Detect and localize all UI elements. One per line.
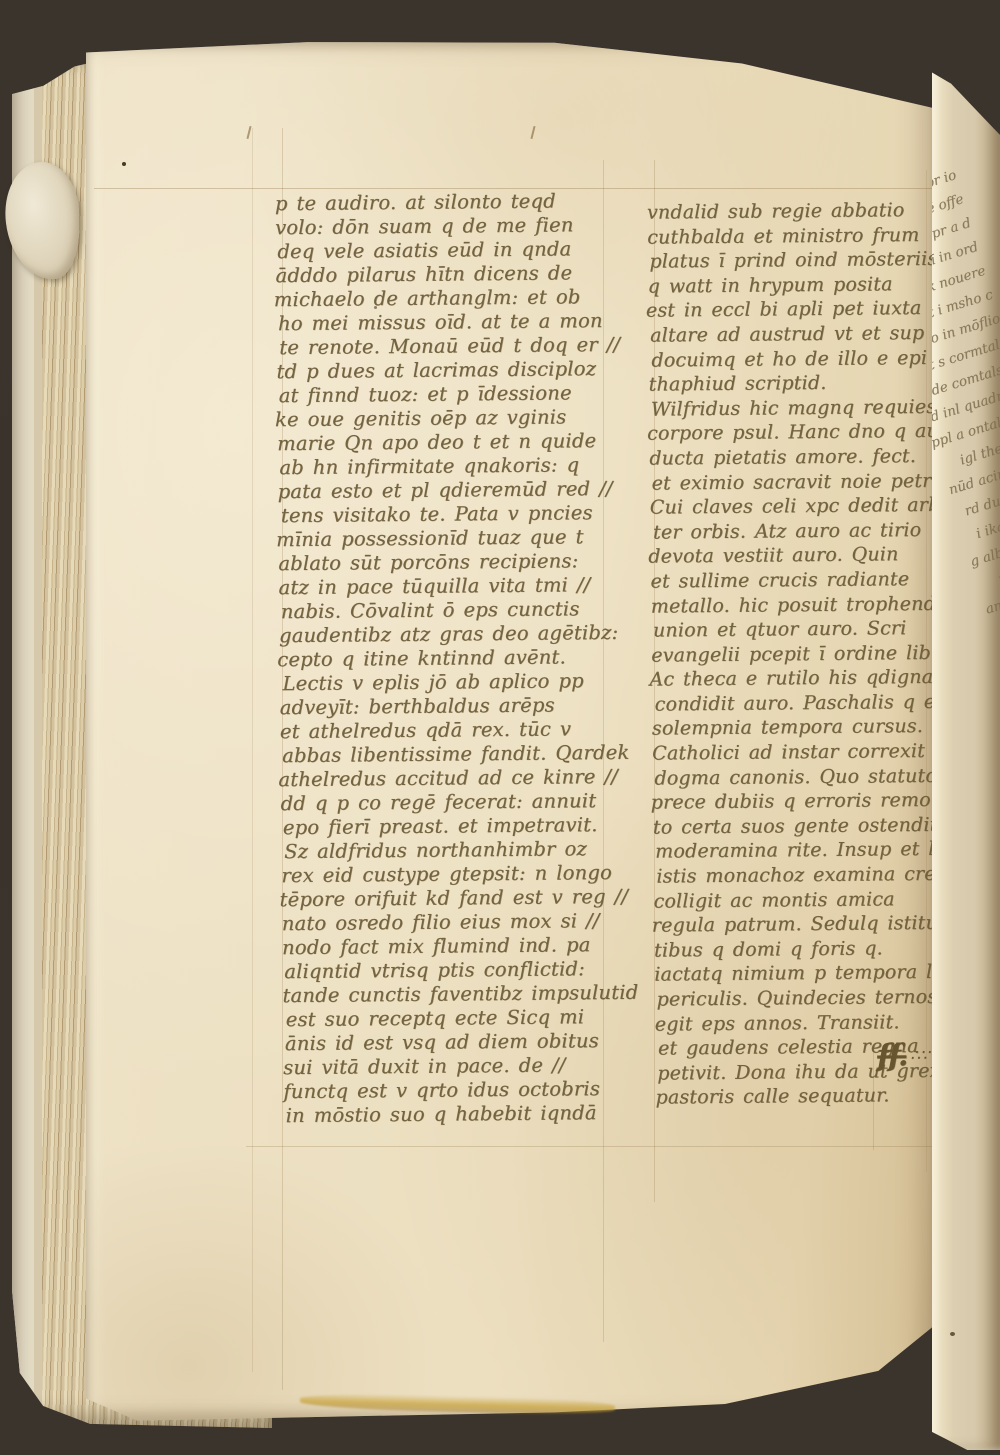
manuscript-line: iactatq nimium p tempora longa xyxy=(654,960,942,987)
manuscript-line: athelredus accitud ad ce kinre // xyxy=(278,765,646,793)
manuscript-line: epo fierī preast. et impetravit. xyxy=(283,813,651,841)
manuscript-line: mīnia possessionīd tuaz que t xyxy=(276,525,644,553)
photo-backdrop: p te audiro. at silonto teqdvolo: dōn su… xyxy=(0,0,1000,1455)
quire-mark: ff. ∴∵ xyxy=(877,1038,930,1074)
manuscript-line: dogma canonis. Quo statuto xyxy=(654,764,942,791)
manuscript-line: adveyīt: berthbaldus arēps xyxy=(280,693,648,721)
manuscript-line: platus ī prind oind mōsteriis xyxy=(649,247,937,274)
manuscript-line: istis monachoz examina crebra xyxy=(656,862,944,889)
manuscript-line: nodo fact mix flumind ind. pa xyxy=(282,933,650,961)
manuscript-line: p te audiro. at silonto teqd xyxy=(275,189,643,217)
ink-speck xyxy=(950,1332,955,1336)
manuscript-line: prece dubiis q erroris remo // xyxy=(651,788,939,815)
manuscript-line: Wilfridus hic magnq requiescit xyxy=(651,395,939,422)
manuscript-line: pata esto et pl qdieremūd red // xyxy=(278,477,646,505)
manuscript-line: ānis id est vsq ad diem obitus xyxy=(285,1029,653,1057)
manuscript-line: pastoris calle sequatur. xyxy=(655,1083,943,1110)
manuscript-line: nato osredo filio eius mox si // xyxy=(282,909,650,937)
manuscript-line: deq vele asiatis eūd in qnda xyxy=(277,237,645,265)
manuscript-line: rex eid custype gtepsit: n longo xyxy=(281,861,649,889)
manuscript-line: tande cunctis faventibz impsulutid xyxy=(282,981,650,1009)
manuscript-line: moderamina rite. Insup et locis xyxy=(655,837,943,864)
manuscript-line: Ac theca e rutilo his qdigna xyxy=(649,665,937,692)
manuscript-line: Cui claves celi xpc dedit arbi // xyxy=(650,493,938,520)
manuscript-line: est suo receptq ecte Sicq mi xyxy=(286,1005,654,1033)
manuscript-line: altare ad austrud vt et sup xyxy=(650,321,938,348)
manuscript-line: devota vestiit auro. Quin xyxy=(648,542,936,569)
manuscript-line: union et qtuor auro. Scri xyxy=(653,616,941,643)
manuscript-line: tibus q domi q foris q. xyxy=(654,936,942,963)
manuscript-line: dd q p co regē fecerat: annuit xyxy=(281,789,649,817)
manuscript-line: Sz aldfridus northanhimbr oz xyxy=(284,837,652,865)
manuscript-line: in mōstio suo q habebit iqndā xyxy=(286,1101,654,1129)
manuscript-line: ter orbis. Atz auro ac tirio xyxy=(653,518,941,545)
manuscript-line: ablato sūt porcōns recipiens: xyxy=(278,549,646,577)
manuscript-line: gaudentibz atz gras deo agētibz: xyxy=(279,621,647,649)
manuscript-line: q watt in hrypum posita xyxy=(648,272,936,299)
manuscript-line: Lectis v eplis jō ab aplico pp xyxy=(282,669,650,697)
manuscript-line: colligit ac montis amica xyxy=(654,887,942,914)
manuscript-line: at finnd tuoz: et p īdessione xyxy=(279,381,647,409)
manuscript-line: vndalid sub regie abbatio xyxy=(647,198,935,225)
text-column-right: vndalid sub regie abbatiocuthbalda et mi… xyxy=(647,198,944,1111)
manuscript-line: metallo. hic posuit trophend. xyxy=(651,591,939,618)
manuscript-line: atz in pace tūquilla vita tmi // xyxy=(279,573,647,601)
manuscript-line: to certa suos gente ostendit xyxy=(653,813,941,840)
manuscript-line: michaelo de arthanglm: et ob xyxy=(274,285,642,313)
manuscript-line: est in eccl bi apli pet iuxta xyxy=(646,296,934,323)
manuscript-line: ādddo pilarus hītn dicens de xyxy=(276,261,644,289)
manuscript-line: tēpore orifuit kd fand est v reg // xyxy=(279,885,647,913)
manuscript-line: periculis. Quindecies ternos postq xyxy=(656,985,944,1012)
manuscript-line: aliqntid vtrisq ptis conflictid: xyxy=(284,957,652,985)
manuscript-line: volo: dōn suam q de me fien xyxy=(275,213,643,241)
manuscript-line: nabis. Cōvalint ō eps cunctis xyxy=(281,597,649,625)
manuscript-line: corpore psul. Hanc dno q aulam xyxy=(647,419,935,446)
manuscript-line: marie Qn apo deo t et n quide xyxy=(277,429,645,457)
manuscript-line: ducta pietatis amore. fect. xyxy=(649,444,937,471)
text-column-left: p te audiro. at silonto teqdvolo: dōn su… xyxy=(275,189,652,1128)
manuscript-page: p te audiro. at silonto teqdvolo: dōn su… xyxy=(86,40,938,1422)
manuscript-line: cuthbalda et ministro frum xyxy=(647,223,935,250)
manuscript-line: te renote. Monaū eūd t doq er // xyxy=(279,333,647,361)
manuscript-line: evangelii pcepit ī ordine libros. xyxy=(651,641,939,668)
manuscript-line: ke oue genitis oēp az vginis xyxy=(275,405,643,433)
manuscript-line: solempnia tempora cursus. xyxy=(652,714,940,741)
manuscript-line: regula patrum. Sedulq istitu xyxy=(652,911,940,938)
manuscript-line: Catholici ad instar correxit xyxy=(652,739,940,766)
manuscript-line: condidit auro. Paschalis q et xyxy=(655,690,943,717)
manuscript-line: docuimq et ho de illo e epi // xyxy=(651,345,939,372)
manuscript-line: cepto q itine kntinnd avēnt. xyxy=(277,645,645,673)
manuscript-line: functq est v qrto idus octobris xyxy=(283,1077,651,1105)
next-folio-edge: qua pr ios cē offedeulī pr a dtis capī i… xyxy=(932,60,1000,1450)
manuscript-line: et eximio sacravit noie petri. xyxy=(652,468,940,495)
manuscript-line: td p dues at lacrimas disciploz xyxy=(276,357,644,385)
next-folio-text: qua pr ios cē offedeulī pr a dtis capī i… xyxy=(932,163,1000,1192)
quire-mark-glyph: ff. xyxy=(877,1038,907,1073)
manuscript-line: et athelredus qdā rex. tūc v xyxy=(280,717,648,745)
manuscript-line: thaphiud scriptid. xyxy=(649,370,937,397)
manuscript-line: ho mei missus oīd. at te a mon xyxy=(278,309,646,337)
manuscript-line: ab hn infirmitate qnakoris: q xyxy=(279,453,647,481)
manuscript-line: egit eps annos. Transiit. xyxy=(655,1009,943,1036)
quire-mark-dots: ∴∵ xyxy=(910,1050,929,1061)
manuscript-line: abbas libentissime fandit. Qardek xyxy=(282,741,650,769)
manuscript-line: sui vitā duxit in pace. de // xyxy=(283,1053,651,1081)
manuscript-line: et sullime crucis radiante xyxy=(650,567,938,594)
text-block: p te audiro. at silonto teqdvolo: dōn su… xyxy=(79,36,944,1426)
manuscript-line: tens visitako te. Pata v pncies xyxy=(281,501,649,529)
